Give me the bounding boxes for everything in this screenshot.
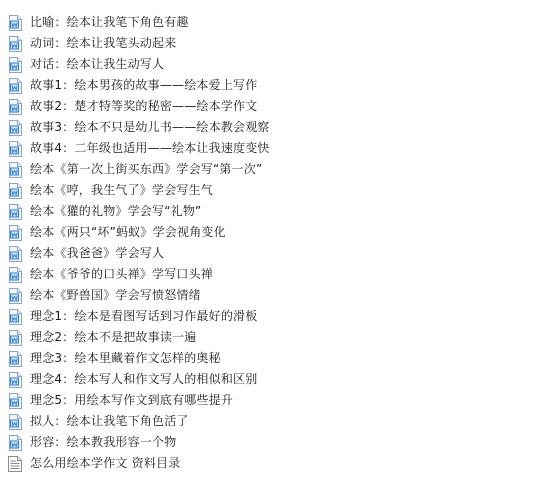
file-name: 故事3：绘本不只是幼儿书——绘本教会观察 (30, 117, 270, 138)
word-doc-icon (8, 267, 22, 283)
word-doc-icon (8, 141, 22, 157)
file-list-item[interactable]: 故事3：绘本不只是幼儿书——绘本教会观察 (0, 117, 538, 138)
word-doc-icon (8, 78, 22, 94)
file-list-item[interactable]: 拟人：绘本让我笔下角色活了 (0, 411, 538, 432)
word-doc-icon (8, 183, 22, 199)
word-doc-icon (8, 120, 22, 136)
file-list-item[interactable]: 形容：绘本教我形容一个物 (0, 432, 538, 453)
file-name: 动词：绘本让我笔头动起来 (30, 33, 176, 54)
file-name: 故事4：二年级也适用——绘本让我速度变快 (30, 138, 270, 159)
file-list-item[interactable]: 绘本《哼，我生气了》学会写生气 (0, 180, 538, 201)
file-list-item[interactable]: 故事1：绘本男孩的故事——绘本爱上写作 (0, 75, 538, 96)
file-list-item[interactable]: 动词：绘本让我笔头动起来 (0, 33, 538, 54)
file-list-item[interactable]: 理念3：绘本里藏着作文怎样的奥秘 (0, 348, 538, 369)
file-list-item[interactable]: 比喻：绘本让我笔下角色有趣 (0, 12, 538, 33)
file-list-item[interactable]: 绘本《我爸爸》学会写人 (0, 243, 538, 264)
word-doc-icon (8, 99, 22, 115)
file-list-item[interactable]: 理念2：绘本不是把故事读一遍 (0, 327, 538, 348)
file-list: 比喻：绘本让我笔下角色有趣 动词：绘本让我笔头动起来 对话：绘本让我生动写人 故… (0, 12, 538, 474)
file-list-item[interactable]: 绘本《爷爷的口头禅》学写口头禅 (0, 264, 538, 285)
file-list-item[interactable]: 绘本《两只“坏”蚂蚁》学会视角变化 (0, 222, 538, 243)
word-doc-icon (8, 351, 22, 367)
file-name: 理念3：绘本里藏着作文怎样的奥秘 (30, 348, 221, 369)
file-name: 理念4：绘本写人和作文写人的相似和区别 (30, 369, 257, 390)
file-name: 绘本《第一次上街买东西》学会写“第一次” (30, 159, 262, 180)
file-list-item[interactable]: 理念4：绘本写人和作文写人的相似和区别 (0, 369, 538, 390)
file-name: 绘本《野兽国》学会写愤怒情绪 (30, 285, 201, 306)
file-name: 故事2：楚才特等奖的秘密——绘本学作文 (30, 96, 257, 117)
file-name: 理念5：用绘本写作文到底有哪些提升 (30, 390, 233, 411)
file-name: 绘本《哼，我生气了》学会写生气 (30, 180, 213, 201)
file-list-item[interactable]: 对话：绘本让我生动写人 (0, 54, 538, 75)
file-name: 绘本《獾的礼物》学会写“礼物” (30, 201, 201, 222)
file-list-item[interactable]: 故事2：楚才特等奖的秘密——绘本学作文 (0, 96, 538, 117)
file-list-item[interactable]: 理念1：绘本是看图写话到习作最好的滑板 (0, 306, 538, 327)
file-name: 怎么用绘本学作文 资料目录 (30, 453, 180, 474)
file-name: 形容：绘本教我形容一个物 (30, 432, 176, 453)
file-name: 绘本《两只“坏”蚂蚁》学会视角变化 (30, 222, 226, 243)
word-doc-icon (8, 15, 22, 31)
file-list-item[interactable]: 故事4：二年级也适用——绘本让我速度变快 (0, 138, 538, 159)
word-doc-icon (8, 204, 22, 220)
word-doc-icon (8, 288, 22, 304)
file-name: 理念1：绘本是看图写话到习作最好的滑板 (30, 306, 257, 327)
file-list-item[interactable]: 怎么用绘本学作文 资料目录 (0, 453, 538, 474)
word-doc-icon (8, 372, 22, 388)
file-name: 绘本《爷爷的口头禅》学写口头禅 (30, 264, 213, 285)
word-doc-icon (8, 57, 22, 73)
word-doc-icon (8, 393, 22, 409)
word-doc-icon (8, 225, 22, 241)
word-doc-icon (8, 414, 22, 430)
file-name: 理念2：绘本不是把故事读一遍 (30, 327, 196, 348)
file-name: 故事1：绘本男孩的故事——绘本爱上写作 (30, 75, 257, 96)
word-doc-icon (8, 162, 22, 178)
file-list-item[interactable]: 绘本《獾的礼物》学会写“礼物” (0, 201, 538, 222)
word-doc-icon (8, 330, 22, 346)
word-doc-icon (8, 246, 22, 262)
file-name: 对话：绘本让我生动写人 (30, 54, 164, 75)
file-name: 绘本《我爸爸》学会写人 (30, 243, 164, 264)
file-list-item[interactable]: 理念5：用绘本写作文到底有哪些提升 (0, 390, 538, 411)
file-list-item[interactable]: 绘本《第一次上街买东西》学会写“第一次” (0, 159, 538, 180)
word-doc-icon (8, 309, 22, 325)
word-doc-icon (8, 435, 22, 451)
text-doc-icon (8, 456, 22, 472)
word-doc-icon (8, 36, 22, 52)
file-name: 比喻：绘本让我笔下角色有趣 (30, 12, 189, 33)
file-list-item[interactable]: 绘本《野兽国》学会写愤怒情绪 (0, 285, 538, 306)
file-name: 拟人：绘本让我笔下角色活了 (30, 411, 189, 432)
